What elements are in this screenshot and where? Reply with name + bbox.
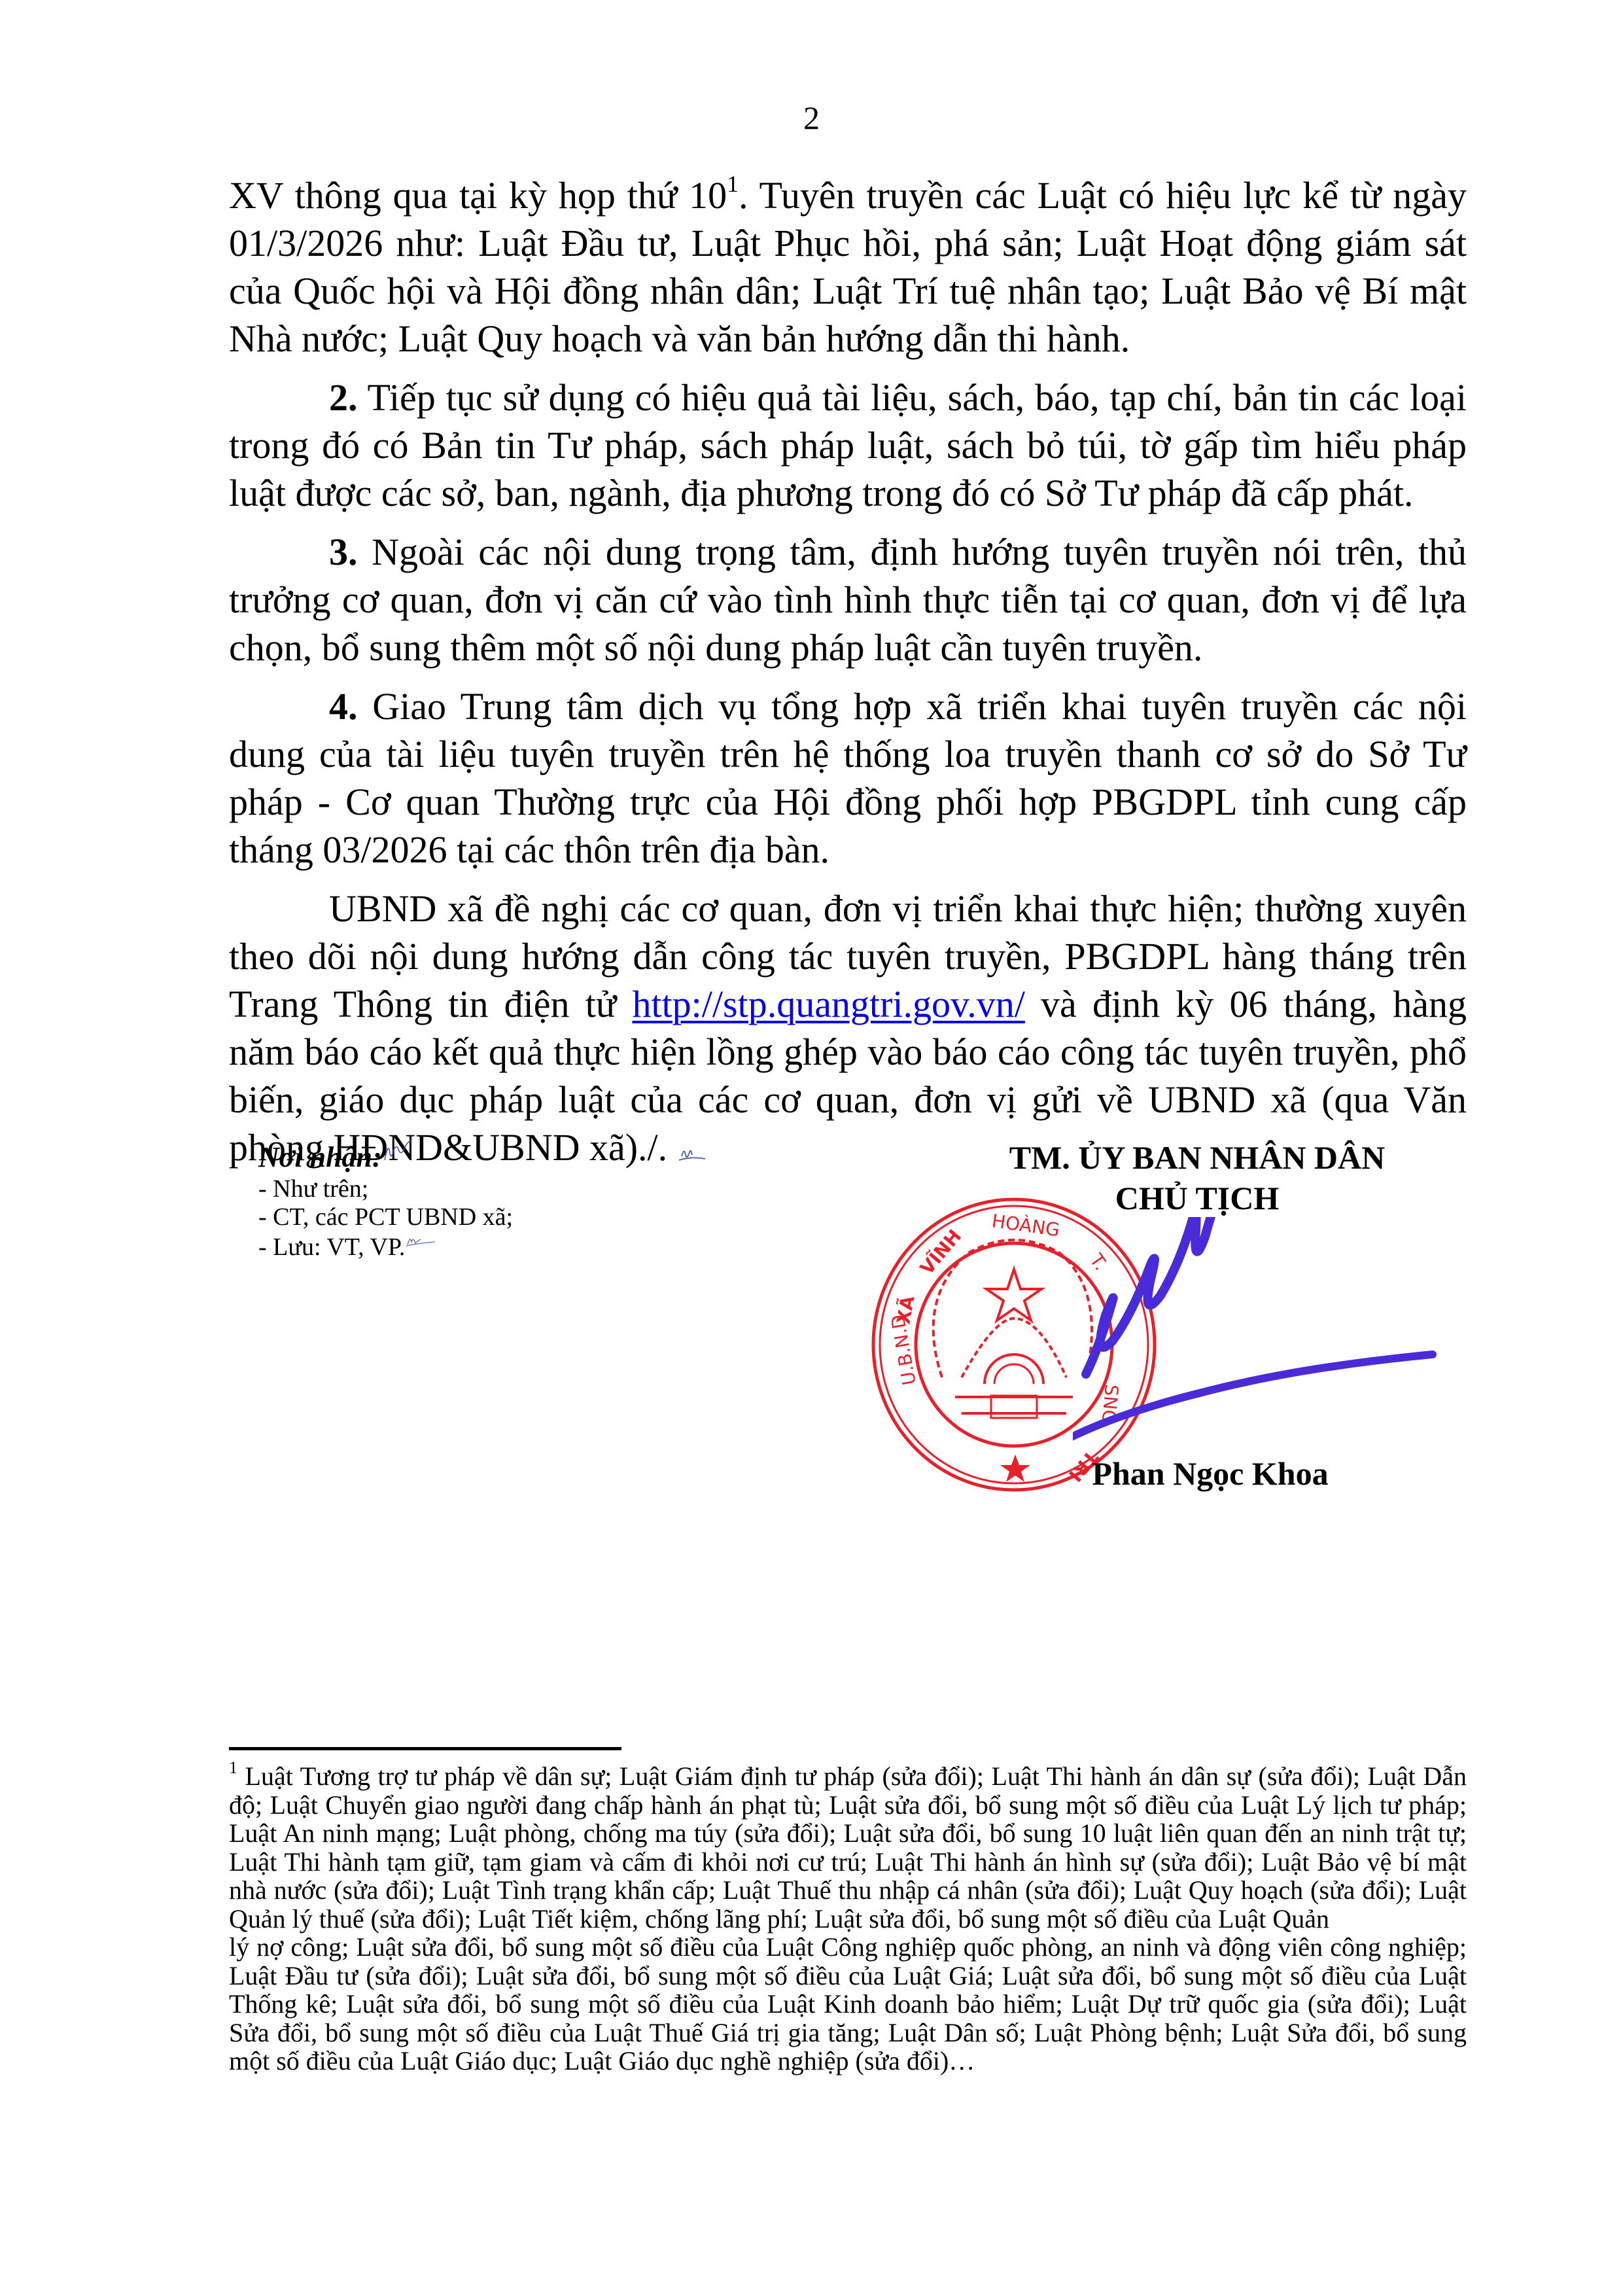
item-text: Giao Trung tâm dịch vụ tổng hợp xã triển… bbox=[229, 685, 1467, 871]
item-number: 3. bbox=[329, 531, 358, 573]
footnote-paragraph: lý nợ công; Luật sửa đổi, bổ sung một số… bbox=[229, 1933, 1467, 2075]
document-body: XV thông qua tại kỳ họp thứ 101. Tuyên t… bbox=[229, 171, 1467, 1182]
recipients-title: Nơi nhận: bbox=[258, 1137, 513, 1175]
item-paragraph-2: 2. Tiếp tục sử dụng có hiệu quả tài liệu… bbox=[229, 374, 1467, 517]
footnote-text: lý nợ công; Luật sửa đổi, bổ sung một số… bbox=[229, 1932, 1467, 2075]
footnote-text: Luật Tương trợ tư pháp về dân sự; Luật G… bbox=[229, 1761, 1467, 1934]
intro-text-before: XV thông qua tại kỳ họp thứ 10 bbox=[229, 174, 727, 217]
signer-name: Phan Ngọc Khoa bbox=[929, 1454, 1492, 1493]
handwritten-initial-icon bbox=[405, 1231, 438, 1247]
item-text: Ngoài các nội dung trọng tâm, định hướng… bbox=[229, 531, 1467, 669]
closing-paragraph: UBND xã đề nghị các cơ quan, đơn vị triể… bbox=[229, 885, 1467, 1171]
handwritten-initial-icon bbox=[676, 1143, 716, 1163]
recipient-item: - Lưu: VT, VP. bbox=[258, 1231, 513, 1262]
footnote-number: 1 bbox=[229, 1758, 237, 1777]
handwritten-signature-icon bbox=[1073, 1217, 1439, 1472]
recipient-item: - CT, các PCT UBND xã; bbox=[258, 1203, 513, 1231]
footnote: 1 Luật Tương trợ tư pháp về dân sự; Luật… bbox=[229, 1762, 1467, 2075]
footnote-paragraph: 1 Luật Tương trợ tư pháp về dân sự; Luật… bbox=[229, 1762, 1467, 1933]
handwritten-initial-icon bbox=[382, 1137, 415, 1163]
recipient-item: - Như trên; bbox=[258, 1175, 513, 1203]
signer-organization: TM. ỦY BAN NHÂN DÂN bbox=[929, 1137, 1465, 1178]
item-number: 4. bbox=[329, 685, 358, 728]
item-paragraph-3: 3. Ngoài các nội dung trọng tâm, định hư… bbox=[229, 528, 1467, 671]
page-number: 2 bbox=[0, 98, 1623, 137]
recipients-block: Nơi nhận: - Như trên; - CT, các PCT UBND… bbox=[258, 1137, 513, 1262]
svg-text:HOÀNG: HOÀNG bbox=[990, 1209, 1061, 1241]
website-link[interactable]: http://stp.quangtri.gov.vn/ bbox=[632, 983, 1024, 1025]
item-number: 2. bbox=[329, 376, 358, 419]
item-paragraph-4: 4. Giao Trung tâm dịch vụ tổng hợp xã tr… bbox=[229, 682, 1467, 874]
intro-paragraph: XV thông qua tại kỳ họp thứ 101. Tuyên t… bbox=[229, 171, 1467, 362]
item-text: Tiếp tục sử dụng có hiệu quả tài liệu, s… bbox=[229, 376, 1467, 514]
footnote-reference[interactable]: 1 bbox=[727, 171, 739, 197]
footnote-separator bbox=[229, 1747, 621, 1750]
